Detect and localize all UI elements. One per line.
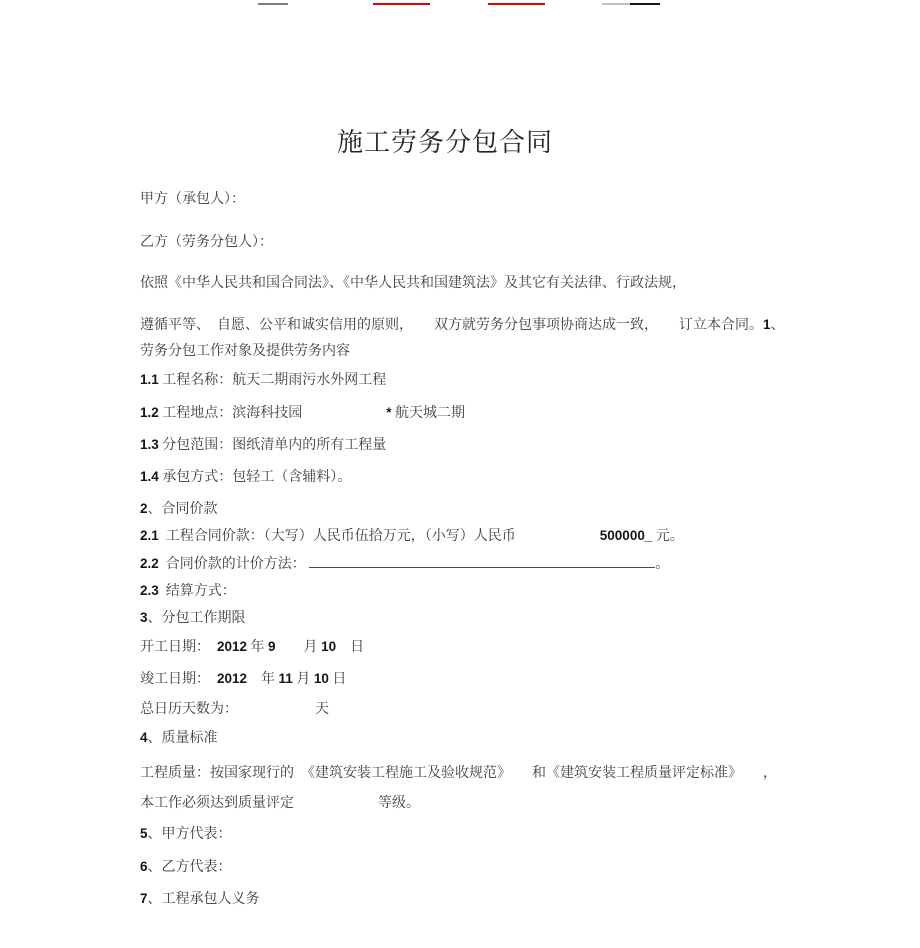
text-segment: 、分包工作期限 (148, 611, 246, 626)
clause-1-1-project-name: 1.1 工程名称：航天二期雨污水外网工程 (140, 370, 386, 391)
text-segment: 依照《中华人民共和国合同法》、《中华人民共和国建筑法》及其它有关法律、行政法规， (140, 276, 686, 291)
total-days-line: 总日历天数为： 天 (140, 700, 329, 720)
numeric-text: 500000_ (600, 528, 653, 543)
text-segment: 。 (655, 557, 669, 572)
numeric-text: 2.3 (140, 583, 159, 598)
top-mark-red-1 (373, 3, 430, 5)
text-segment: 承包方式：包轻工（含辅料）。 (159, 470, 352, 485)
text-segment: 、甲方代表： (148, 827, 232, 842)
text-segment: 分包范围：图纸清单内的所有工程量 (159, 438, 387, 453)
section-7-contractor-obligations: 7、工程承包人义务 (140, 889, 260, 910)
numeric-text: 2012 (217, 639, 247, 654)
top-mark-light-gray (602, 3, 630, 5)
numeric-text: 3 (140, 610, 148, 625)
clause-1-3-subcontract-scope: 1.3 分包范围：图纸清单内的所有工程量 (140, 435, 386, 456)
text-segment: 日 (329, 672, 347, 687)
numeric-text: 1 (763, 317, 771, 332)
text-segment: 、合同价款 (148, 502, 218, 517)
text-segment: 劳务分包工作对象及提供劳务内容 (140, 344, 350, 359)
numeric-text: 10 (321, 639, 336, 654)
numeric-text: 2 (140, 501, 148, 516)
text-segment: 、 (771, 318, 785, 333)
text-segment: 竣工日期： (140, 672, 217, 687)
finish-date-line: 竣工日期： 2012 年 11 月 10 日 (140, 669, 346, 690)
numeric-text: 6 (140, 859, 148, 874)
text-segment: 工程合同价款：（大写）人民币伍拾万元，（小写）人民币 (159, 529, 600, 544)
text-segment: 日 (336, 640, 364, 655)
text-segment: 乙方（劳务分包人）： (140, 235, 273, 250)
blank-underline (309, 554, 655, 568)
numeric-text: 11 (279, 671, 293, 686)
numeric-text: 1.1 (140, 372, 159, 387)
text-segment: 工程名称：航天二期雨污水外网工程 (159, 373, 387, 388)
party-b-line: 乙方（劳务分包人）： (140, 233, 273, 253)
text-segment: 月 (276, 640, 322, 655)
text-segment: 、质量标准 (148, 731, 218, 746)
numeric-text: 9 (268, 639, 276, 654)
document-page: 施工劳务分包合同 甲方（承包人）： 乙方（劳务分包人）： 依照《中华人民共和国合… (0, 0, 920, 948)
numeric-text: 10 (314, 671, 329, 686)
text-segment: 总日历天数为： 天 (140, 702, 329, 717)
top-mark-red-2 (488, 3, 545, 5)
numeric-text: 5 (140, 826, 148, 841)
numeric-text: 4 (140, 730, 148, 745)
numeric-text: 2.1 (140, 528, 159, 543)
clause-1-2-project-location: 1.2 工程地点：滨海科技园 * 航天城二期 (140, 403, 465, 424)
section-3-heading: 3、分包工作期限 (140, 608, 246, 629)
legal-basis-line: 依照《中华人民共和国合同法》、《中华人民共和国建筑法》及其它有关法律、行政法规， (140, 274, 686, 294)
text-segment: 月 (293, 672, 314, 687)
numeric-text: 1.2 (140, 405, 159, 420)
numeric-text: 2012 (217, 671, 247, 686)
numeric-text: 7 (140, 891, 148, 906)
section-5-party-a-rep: 5、甲方代表： (140, 824, 232, 845)
section-4-heading: 4、质量标准 (140, 728, 218, 749)
clause-2-2-pricing-method: 2.2 合同价款的计价方法： 。 (140, 554, 669, 575)
party-a-line: 甲方（承包人）： (140, 190, 245, 210)
numeric-text: 1.3 (140, 437, 159, 452)
numeric-text: 2.2 (140, 556, 159, 571)
text-segment: 本工作必须达到质量评定 等级。 (140, 796, 420, 811)
clause-1-4-contract-method: 1.4 承包方式：包轻工（含辅料）。 (140, 467, 351, 488)
principles-line-2: 劳务分包工作对象及提供劳务内容 (140, 342, 350, 362)
text-segment: 年 (247, 672, 279, 687)
numeric-text: 1.4 (140, 469, 159, 484)
text-segment: 、乙方代表： (148, 860, 232, 875)
text-segment: 年 (247, 640, 268, 655)
text-segment: 元。 (652, 529, 684, 544)
clause-2-1-contract-price: 2.1 工程合同价款：（大写）人民币伍拾万元，（小写）人民币 500000_ 元… (140, 526, 684, 547)
text-segment: 、工程承包人义务 (148, 892, 260, 907)
start-date-line: 开工日期： 2012 年 9 月 10 日 (140, 637, 364, 658)
text-segment: 结算方式： (159, 584, 236, 599)
top-mark-black (630, 3, 660, 5)
section-2-heading: 2、合同价款 (140, 499, 218, 520)
quality-standard-line-1: 工程质量：按国家现行的 《建筑安装工程施工及验收规范》 和《建筑安装工程质量评定… (140, 764, 777, 784)
clause-2-3-settlement-method: 2.3 结算方式： (140, 581, 236, 602)
text-segment: 工程地点：滨海科技园 (159, 406, 387, 421)
text-segment: 合同价款的计价方法： (159, 557, 310, 572)
text-segment: 开工日期： (140, 640, 217, 655)
text-segment: 航天城二期 (392, 406, 466, 421)
top-mark-gray (258, 3, 288, 5)
text-segment: 遵循平等、 自愿、公平和诚实信用的原则， 双方就劳务分包事项协商达成一致， 订立… (140, 318, 763, 333)
text-segment: 工程质量：按国家现行的 《建筑安装工程施工及验收规范》 和《建筑安装工程质量评定… (140, 766, 777, 781)
document-title: 施工劳务分包合同 (0, 122, 890, 159)
principles-line-1: 遵循平等、 自愿、公平和诚实信用的原则， 双方就劳务分包事项协商达成一致， 订立… (140, 315, 785, 336)
section-6-party-b-rep: 6、乙方代表： (140, 857, 232, 878)
quality-standard-line-2: 本工作必须达到质量评定 等级。 (140, 794, 420, 814)
text-segment: 甲方（承包人）： (140, 192, 245, 207)
